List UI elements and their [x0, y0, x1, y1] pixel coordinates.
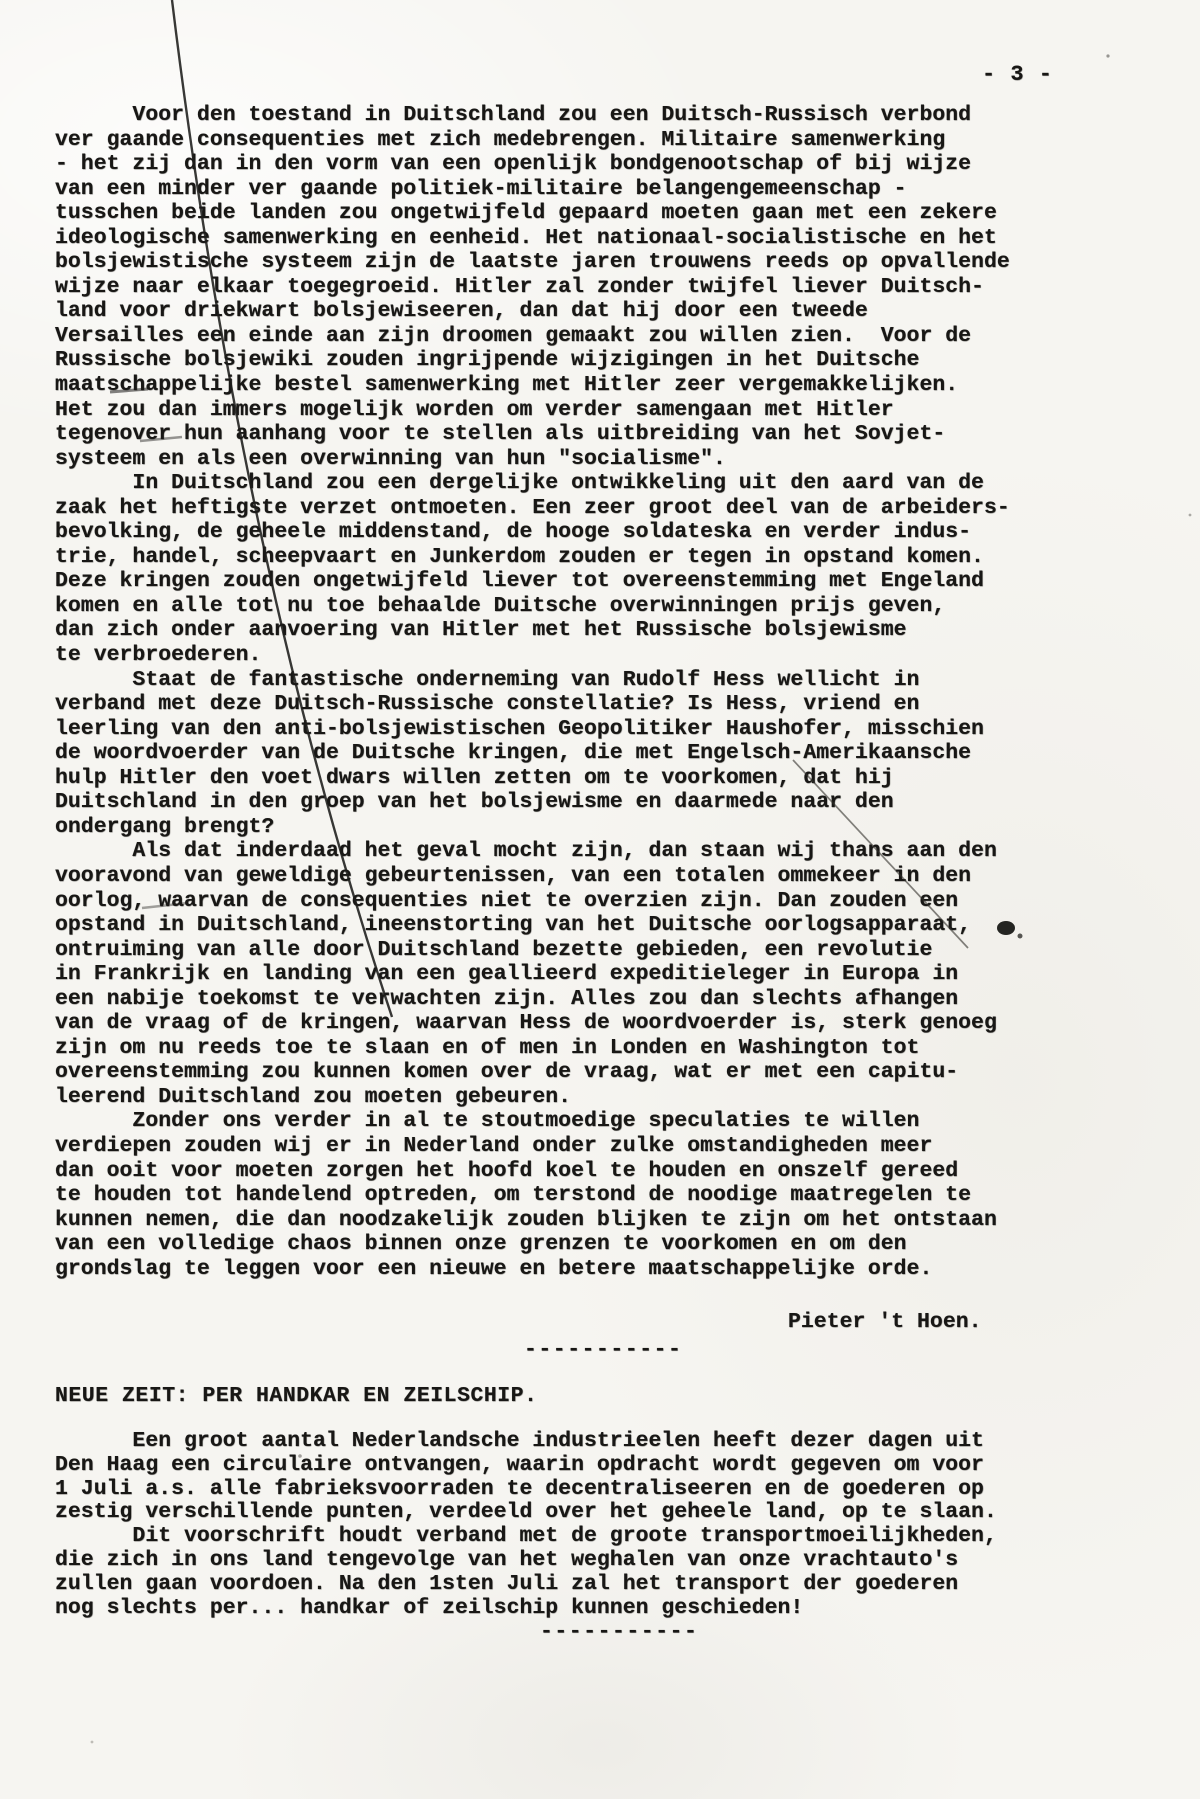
text-line: overeenstemming zou kunnen komen over de… [55, 1060, 1010, 1085]
text-line: land voor driekwart bolsjewiseeren, dan … [55, 299, 1010, 324]
text-line: ondergang brengt? [55, 815, 1010, 840]
text-line: grondslag te leggen voor een nieuwe en b… [55, 1257, 1010, 1282]
text-line: Versailles een einde aan zijn droomen ge… [55, 324, 1010, 349]
text-line: verband met deze Duitsch-Russische const… [55, 692, 1010, 717]
text-line: bolsjewistische systeem zijn de laatste … [55, 250, 1010, 275]
text-line: Deze kringen zouden ongetwijfeld liever … [55, 569, 1010, 594]
scan-speckle [1189, 514, 1192, 517]
text-line: te houden tot handelend optreden, om ter… [55, 1183, 1010, 1208]
text-line: van de vraag of de kringen, waarvan Hess… [55, 1011, 1010, 1036]
text-line: verdiepen zouden wij er in Nederland ond… [55, 1134, 1010, 1159]
text-line: systeem en als een overwinning van hun "… [55, 447, 1010, 472]
text-line: in Frankrijk en landing van een gealliee… [55, 962, 1010, 987]
text-line: ideologische samenwerking en eenheid. He… [55, 226, 1010, 251]
text-line: maatschappelijke bestel samenwerking met… [55, 373, 1010, 398]
text-line: Staat de fantastische onderneming van Ru… [55, 668, 1010, 693]
text-line: zullen gaan voordoen. Na den 1sten Juli … [55, 1573, 997, 1597]
text-line: leerend Duitschland zou moeten gebeuren. [55, 1085, 1010, 1110]
text-line: een nabije toekomst te verwachten zijn. … [55, 987, 1010, 1012]
text-line: dan zich onder aanvoering van Hitler met… [55, 618, 1010, 643]
scan-speckle [1106, 54, 1109, 57]
text-line: zestig verschillende punten, verdeeld ov… [55, 1501, 997, 1525]
ink-blob-satellite [1018, 934, 1023, 939]
page-number: - 3 - [982, 62, 1053, 87]
text-line: ver gaande consequenties met zich medebr… [55, 128, 1010, 153]
text-line: opstand in Duitschland, ineenstorting va… [55, 913, 1010, 938]
text-line: Zonder ons verder in al te stoutmoedige … [55, 1109, 1010, 1134]
text-line: zaak het heftigste verzet ontmoeten. Een… [55, 496, 1010, 521]
text-line: leerling van den anti-bolsjewistischen G… [55, 717, 1010, 742]
text-line: kunnen nemen, die dan noodzakelijk zoude… [55, 1208, 1010, 1233]
text-line: zijn om nu reeds toe te slaan en of men … [55, 1036, 1010, 1061]
article-2-end-divider: ----------- [540, 1620, 698, 1644]
text-line: nog slechts per... handkar of zeilschip … [55, 1597, 997, 1621]
text-line: komen en alle tot nu toe behaalde Duitsc… [55, 594, 1010, 619]
text-line: 1 Juli a.s. alle fabrieksvoorraden te de… [55, 1478, 997, 1502]
text-line: wijze naar elkaar toegegroeid. Hitler za… [55, 275, 1010, 300]
text-line: Het zou dan immers mogelijk worden om ve… [55, 398, 1010, 423]
text-line: Voor den toestand in Duitschland zou een… [55, 103, 1010, 128]
text-line: bevolking, de geheele middenstand, de ho… [55, 520, 1010, 545]
text-line: Duitschland in den groep van het bolsjew… [55, 790, 1010, 815]
scanned-document-page: - 3 - Voor den toestand in Duitschland z… [0, 0, 1200, 1799]
text-line: Dit voorschrift houdt verband met de gro… [55, 1525, 997, 1549]
text-line: vooravond van geweldige gebeurtenissen, … [55, 864, 1010, 889]
article-2-body: Een groot aantal Nederlandsche industrie… [55, 1430, 997, 1620]
text-line: Een groot aantal Nederlandsche industrie… [55, 1430, 997, 1454]
text-line: tegenover hun aanhang voor te stellen al… [55, 422, 1010, 447]
text-line: dan ooit voor moeten zorgen het hoofd ko… [55, 1159, 1010, 1184]
article-2-heading: NEUE ZEIT: PER HANDKAR EN ZEILSCHIP. [55, 1384, 537, 1408]
text-line: die zich in ons land tengevolge van het … [55, 1549, 997, 1573]
text-line: de woordvoerder van de Duitsche kringen,… [55, 741, 1010, 766]
text-line: oorlog, waarvan de consequenties niet te… [55, 889, 1010, 914]
scan-speckle [91, 1741, 94, 1744]
text-line: - het zij dan in den vorm van een openli… [55, 152, 1010, 177]
article-1-end-divider: ----------- [524, 1338, 682, 1362]
article-1-body: Voor den toestand in Duitschland zou een… [55, 103, 1010, 1281]
text-line: trie, handel, scheepvaart en Junkerdom z… [55, 545, 1010, 570]
text-line: van een volledige chaos binnen onze gren… [55, 1232, 1010, 1257]
text-line: tusschen beide landen zou ongetwijfeld g… [55, 201, 1010, 226]
text-line: te verbroederen. [55, 643, 1010, 668]
text-line: In Duitschland zou een dergelijke ontwik… [55, 471, 1010, 496]
text-line: hulp Hitler den voet dwars willen zetten… [55, 766, 1010, 791]
text-line: van een minder ver gaande politiek-milit… [55, 177, 1010, 202]
article-1-signature: Pieter 't Hoen. [788, 1310, 982, 1334]
text-line: Als dat inderdaad het geval mocht zijn, … [55, 839, 1010, 864]
text-line: Russische bolsjewiki zouden ingrijpende … [55, 348, 1010, 373]
text-line: Den Haag een circulaire ontvangen, waari… [55, 1454, 997, 1478]
text-line: ontruiming van alle door Duitschland bez… [55, 938, 1010, 963]
